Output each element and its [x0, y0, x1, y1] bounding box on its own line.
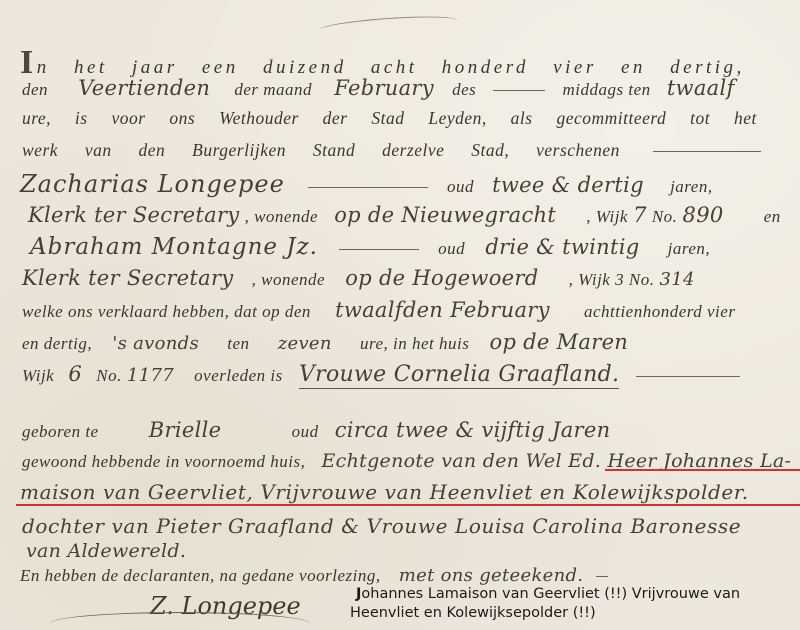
fill-dash — [653, 151, 761, 152]
handwritten-number: 6 — [68, 362, 82, 386]
annotation-underline — [16, 504, 800, 506]
handwritten-text: February — [334, 76, 434, 100]
record-line-6: Klerk ter Secretary , wonende op de Nieu… — [28, 203, 781, 227]
handwritten-name: Abraham Montagne Jz. — [30, 234, 318, 260]
handwritten-text: 's avonds — [112, 333, 199, 354]
record-line-10: en dertig, 's avonds ten zeven ure, in h… — [22, 330, 628, 354]
annotation-text: ohannes Lamaison van Geervliet (!!) Vrij… — [361, 586, 740, 602]
handwritten-name: Zacharias Longepee — [20, 170, 285, 198]
handwritten-number: 314 — [660, 269, 695, 290]
handwritten-text: twee & dertig — [492, 173, 644, 197]
printed-text: , wonende — [252, 270, 325, 289]
handwritten-text: Klerk ter Secretary — [28, 203, 239, 227]
annotation-line-1: Johannes Lamaison van Geervliet (!!) Vri… — [356, 585, 740, 604]
printed-text: , Wijk — [586, 207, 628, 226]
printed-text: ten — [227, 334, 249, 353]
handwritten-text: Klerk ter Secretary — [22, 266, 233, 290]
handwritten-text: op de Hogewoerd — [345, 266, 538, 290]
printed-text: jaren, — [668, 239, 711, 258]
record-line-12: geboren te Brielle oud circa twee & vijf… — [22, 418, 610, 442]
fill-dash — [596, 576, 608, 577]
printed-text: des — [452, 80, 476, 99]
printed-text: gewoond hebbende in voornoemd huis, — [22, 452, 305, 471]
handwritten-text: met ons geteekend. — [399, 565, 584, 586]
handwritten-text: van Aldewereld. — [26, 540, 186, 562]
printed-text: n het jaar een duizend acht honderd vier… — [37, 57, 745, 78]
handwritten-text: Brielle — [149, 418, 222, 442]
printed-text: achttienhonderd vier — [584, 302, 735, 321]
handwritten-text: Veertienden — [78, 76, 210, 100]
fill-dash — [339, 249, 419, 250]
fill-dash — [493, 90, 545, 91]
handwritten-text: circa twee & vijftig Jaren — [335, 418, 611, 442]
printed-text: ure, is voor ons Wethouder der Stad Leyd… — [22, 108, 757, 128]
handwritten-number: 1177 — [127, 365, 174, 386]
printed-text: No. — [96, 366, 122, 385]
ink-flourish — [318, 13, 459, 38]
printed-text: No. — [652, 207, 678, 226]
record-line-16: van Aldewereld. — [26, 540, 186, 562]
deceased-name: Vrouwe Cornelia Graafland. — [299, 362, 619, 389]
printed-text: den — [22, 80, 48, 99]
printed-text: overleden is — [194, 366, 283, 385]
printed-text: der maand — [234, 80, 312, 99]
record-line-11: Wijk 6 No. 1177 overleden is Vrouwe Corn… — [22, 362, 740, 387]
signature-flourish — [50, 612, 310, 630]
handwritten-number: 890 — [683, 203, 724, 227]
printed-text: ure, in het huis — [360, 334, 469, 353]
printed-text: jaren, — [670, 177, 713, 196]
handwritten-text: twaalf — [667, 76, 735, 100]
record-line-14: maison van Geervliet, Vrijvrouwe van Hee… — [20, 480, 749, 504]
fill-dash — [636, 376, 740, 377]
record-line-3: ure, is voor ons Wethouder der Stad Leyd… — [22, 108, 757, 129]
printed-text: en dertig, — [22, 334, 92, 353]
printed-text: , wonende — [245, 207, 318, 226]
handwritten-text: dochter van Pieter Graafland & Vrouwe Lo… — [22, 514, 741, 538]
printed-text: en — [764, 207, 781, 226]
printed-text: oud — [447, 177, 474, 196]
record-line-7: Abraham Montagne Jz. oud drie & twintig … — [30, 234, 710, 260]
printed-text: werk van den Burgerlijken Stand derzelve… — [22, 140, 620, 160]
handwritten-text: op de Nieuwegracht — [334, 203, 556, 227]
handwritten-text: zeven — [278, 333, 332, 354]
record-line-9: welke ons verklaard hebben, dat op den t… — [22, 298, 735, 322]
printed-text: oud — [292, 422, 319, 441]
record-line-4: werk van den Burgerlijken Stand derzelve… — [22, 140, 761, 161]
fill-dash — [308, 187, 428, 188]
record-line-17: En hebben de declaranten, na gedane voor… — [20, 565, 608, 586]
printed-text: geboren te — [22, 422, 99, 441]
handwritten-number: 7 — [633, 203, 647, 227]
record-line-15: dochter van Pieter Graafland & Vrouwe Lo… — [22, 514, 741, 538]
printed-text: Wijk — [22, 366, 54, 385]
annotation-underline — [605, 469, 800, 471]
handwritten-text: twaalfden February — [335, 298, 550, 322]
handwritten-text: drie & twintig — [485, 235, 639, 259]
handwritten-text: op de Maren — [490, 330, 629, 354]
handwritten-text: maison van Geervliet, Vrijvrouwe van Hee… — [20, 480, 749, 504]
record-line-2: den Veertienden der maand February des m… — [22, 76, 735, 100]
printed-text: oud — [438, 239, 465, 258]
printed-text: middags ten — [562, 80, 650, 99]
annotation-note: Johannes Lamaison van Geervliet (!!) Vri… — [356, 585, 740, 623]
printed-text: , Wijk 3 No. — [569, 270, 655, 289]
printed-text: En hebben de declaranten, na gedane voor… — [20, 566, 381, 585]
record-line-8: Klerk ter Secretary , wonende op de Hoge… — [22, 266, 695, 290]
record-line-5: Zacharias Longepee oud twee & dertig jar… — [20, 170, 713, 198]
printed-text: welke ons verklaard hebben, dat op den — [22, 302, 311, 321]
annotation-line-2: Heenvliet en Kolewijksepolder (!!) — [350, 604, 740, 623]
